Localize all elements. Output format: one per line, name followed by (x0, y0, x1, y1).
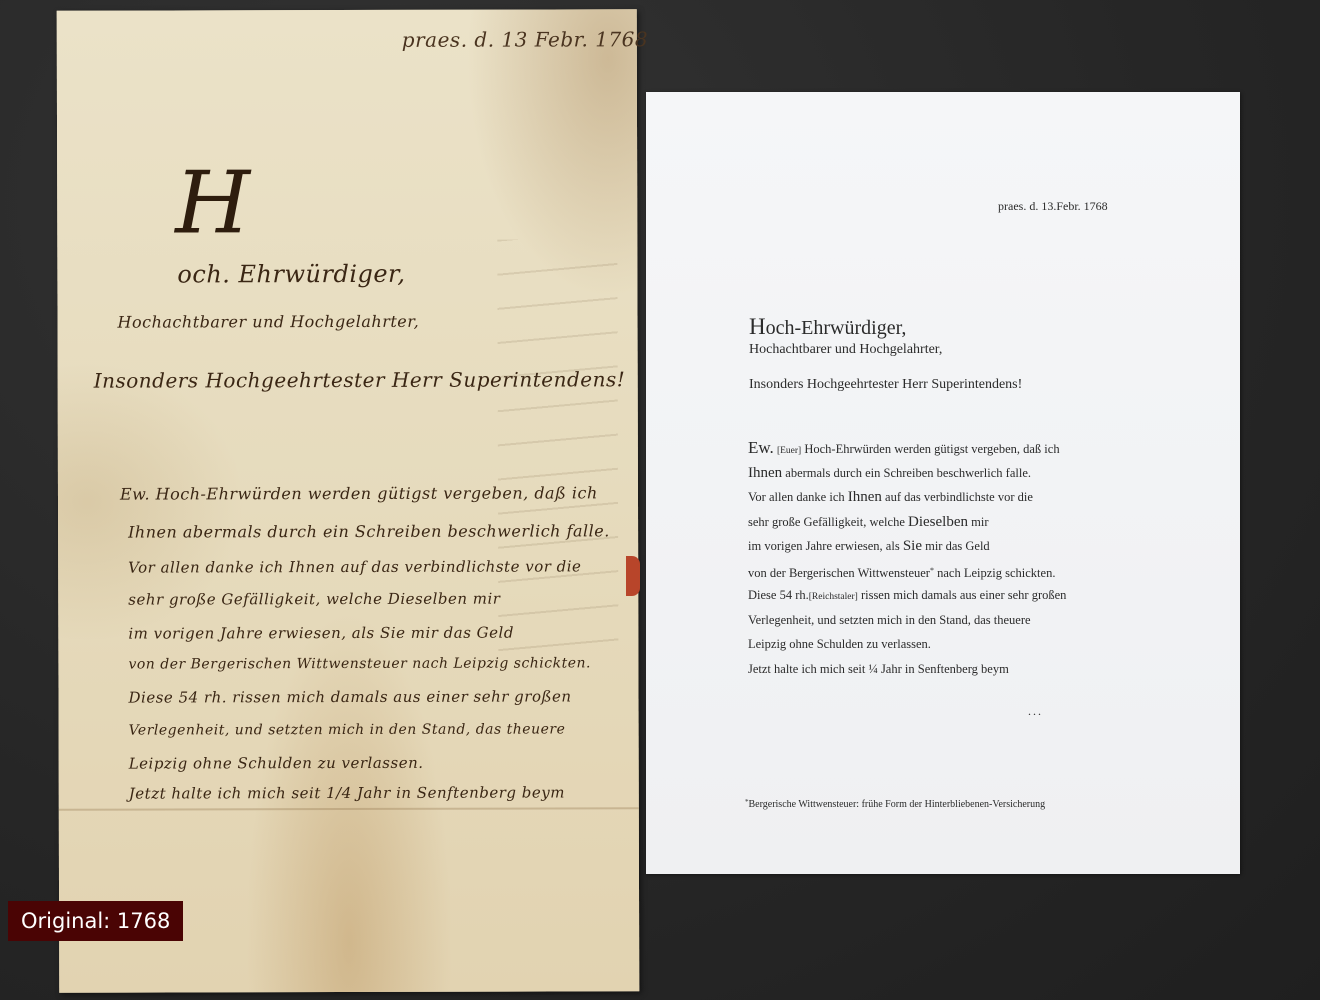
transcription-sheet: praes. d. 13.Febr. 1768 Hoch-Ehrwürdiger… (646, 92, 1240, 874)
editorial-note: [Euer] (777, 446, 801, 456)
body-line: Ew. [Euer] Hoch-Ehrwürden werden gütigst… (748, 436, 1066, 461)
body-line: Jetzt halte ich mich seit ¼ Jahr in Senf… (748, 657, 1066, 682)
manuscript-line: Insonders Hochgeehrtester Herr Superinte… (94, 367, 626, 392)
manuscript-line: Vor allen danke ich Ihnen auf das verbin… (128, 557, 581, 576)
salutation-line-3: Insonders Hochgeehrtester Herr Superinte… (749, 377, 1022, 393)
manuscript-date-note: praes. d. 13 Febr. 1768 (402, 27, 648, 52)
transcription-date: praes. d. 13.Febr. 1768 (998, 199, 1108, 214)
manuscript-line: Hochachtbarer und Hochgelahrter, (118, 312, 420, 332)
original-manuscript: praes. d. 13 Febr. 1768 H och. Ehrwürdig… (57, 9, 640, 993)
body-line: Verlegenheit, und setzten mich in den St… (748, 608, 1066, 633)
manuscript-line: Verlegenheit, und setzten mich in den St… (129, 721, 566, 738)
body-line: Ihnen abermals durch ein Schreiben besch… (748, 461, 1066, 486)
salutation-line-2: Hochachtbarer und Hochgelahrter, (749, 341, 1022, 359)
manuscript-line: von der Bergerischen Wittwensteuer nach … (128, 655, 591, 672)
salutation: Hoch-Ehrwürdiger, Hochachtbarer und Hoch… (749, 314, 1022, 393)
manuscript-line: Jetzt halte ich mich seit 1/4 Jahr in Se… (129, 783, 565, 802)
manuscript-line: Leipzig ohne Schulden zu verlassen. (129, 754, 424, 773)
body-line: im vorigen Jahre erwiesen, als Sie mir d… (748, 534, 1066, 559)
original-date-label: Original: 1768 (8, 901, 183, 941)
body-line: sehr große Gefälligkeit, welche Dieselbe… (748, 510, 1066, 535)
body-line: Vor allen danke ich Ihnen auf das verbin… (748, 485, 1066, 510)
manuscript-initial: H (175, 160, 250, 246)
manuscript-line: Diese 54 rh. rissen mich damals aus eine… (128, 687, 571, 706)
editorial-note: [Reichstaler] (809, 592, 858, 602)
continuation-ellipsis: ... (1028, 704, 1043, 719)
paper-fold (59, 807, 639, 811)
letter-body: Ew. [Euer] Hoch-Ehrwürden werden gütigst… (748, 436, 1066, 681)
manuscript-line: Ew. Hoch-Ehrwürden werden gütigst vergeb… (120, 483, 598, 503)
ink-bleed-through (497, 239, 618, 659)
body-line: Diese 54 rh.[Reichstaler] rissen mich da… (748, 583, 1066, 608)
body-line: Leipzig ohne Schulden zu verlassen. (748, 632, 1066, 657)
manuscript-line: sehr große Gefälligkeit, welche Dieselbe… (128, 590, 500, 609)
footnote: *Bergerische Wittwensteuer: frühe Form d… (745, 798, 1045, 810)
manuscript-line: Ihnen abermals durch ein Schreiben besch… (128, 521, 610, 541)
footnote-marker: * (930, 566, 934, 575)
body-line: von der Bergerischen Wittwensteuer* nach… (748, 559, 1066, 584)
salutation-line-1: Hoch-Ehrwürdiger, (749, 314, 1022, 341)
wax-seal-remnant (626, 556, 640, 596)
manuscript-line: im vorigen Jahre erwiesen, als Sie mir d… (128, 624, 514, 643)
manuscript-line: och. Ehrwürdiger, (177, 260, 405, 289)
